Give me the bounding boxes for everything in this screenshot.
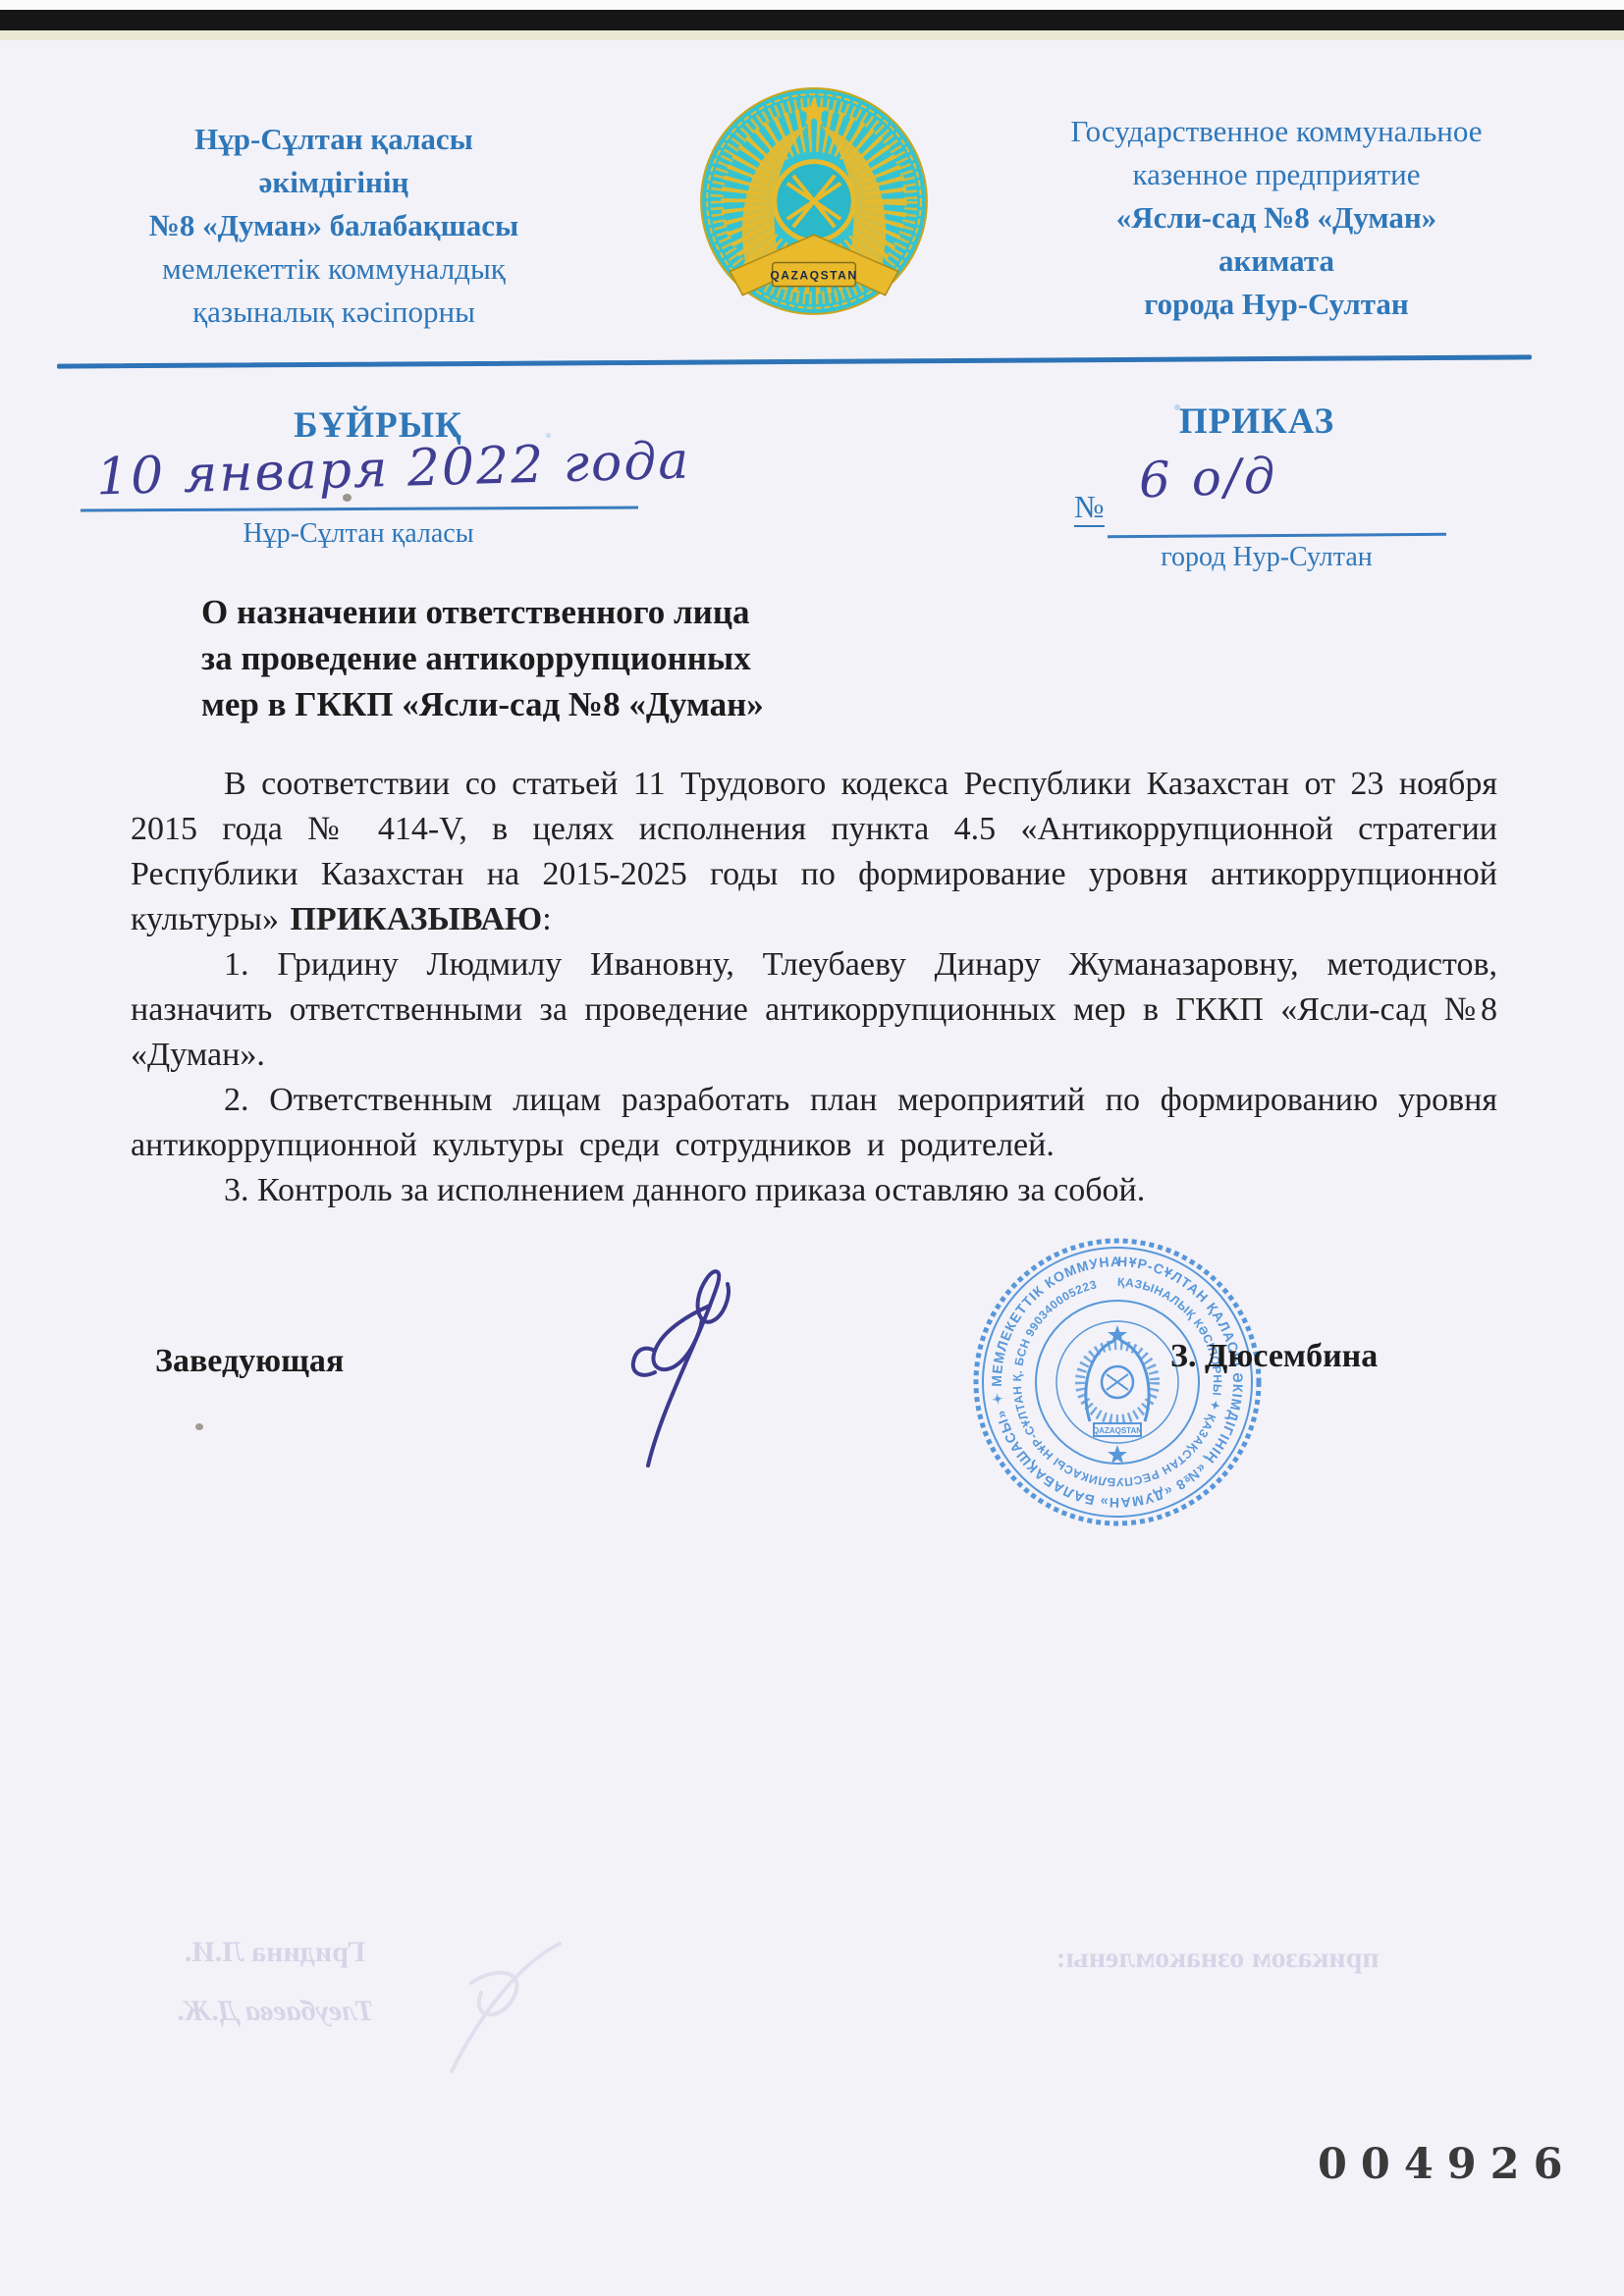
- place-caption-kazakh: Нұр-Сұлтан қаласы: [147, 518, 569, 550]
- emblem-caption: QAZAQSTAN: [770, 269, 857, 283]
- letterhead-kk-line: әкімдігінің: [79, 161, 589, 204]
- letterhead-ru-line: Государственное коммунальное: [977, 110, 1576, 153]
- signer-name: З. Дюсембина: [1170, 1338, 1378, 1375]
- scanner-edge-strip: [0, 10, 1624, 30]
- page-top-edge: [0, 30, 1624, 40]
- subject-line: за проведение антикоррупционных: [201, 635, 889, 681]
- place-caption-russian: город Нур-Султан: [1119, 542, 1414, 573]
- letterhead-russian: Государственное коммунальное казенное пр…: [977, 110, 1576, 326]
- date-underline: [81, 507, 638, 512]
- letterhead-kk-line: Нұр-Сұлтан қаласы: [79, 118, 589, 161]
- body-paragraph-item-1: 1. Гридину Людмилу Ивановну, Тлеубаеву Д…: [131, 942, 1497, 1078]
- kazakhstan-coat-of-arms-icon: QAZAQSTAN: [690, 80, 938, 328]
- scanned-order-document: Нұр-Сұлтан қаласы әкімдігінің №8 «Думан»…: [0, 0, 1624, 2296]
- scan-speck: [195, 1423, 203, 1430]
- bleedthrough-name-1: Гридина Л.И.: [128, 1936, 422, 1969]
- official-round-stamp: НҰР-СҰЛТАН ҚАЛАСЫ ӘКІМДІГІНІҢ «№8 «ДУМАН…: [970, 1235, 1265, 1529]
- handwritten-order-number: 6 о/д: [1138, 448, 1278, 509]
- order-verb: ПРИКАЗЫВАЮ: [290, 901, 542, 937]
- bleedthrough-signature-squiggle: [412, 1924, 589, 2081]
- letterhead-kk-line: қазыналық кәсіпорны: [79, 291, 589, 334]
- body-paragraph-preamble: В соответствии со статьей 11 Трудового к…: [131, 762, 1497, 942]
- bleedthrough-acknowledgement: приказом ознакомлены:: [1021, 1942, 1414, 1975]
- order-subject: О назначении ответственного лица за пров…: [201, 589, 889, 727]
- letterhead-kk-line: мемлекеттік коммуналдық: [79, 247, 589, 291]
- signer-position: Заведующая: [155, 1343, 344, 1380]
- subject-line: О назначении ответственного лица: [201, 589, 889, 635]
- scanner-margin: [0, 0, 1624, 10]
- scan-speck: [1174, 404, 1180, 410]
- body-paragraph-item-3: 3. Контроль за исполнением данного прика…: [131, 1168, 1497, 1213]
- subject-line: мер в ГККП «Ясли-сад №8 «Думан»: [201, 681, 889, 727]
- scan-speck: [343, 494, 352, 502]
- order-body: В соответствии со статьей 11 Трудового к…: [131, 762, 1497, 1213]
- handwritten-signature: [545, 1235, 790, 1490]
- letterhead-kazakh: Нұр-Сұлтан қаласы әкімдігінің №8 «Думан»…: [79, 118, 589, 334]
- letterhead-kk-line: №8 «Думан» балабақшасы: [79, 204, 589, 247]
- form-serial-number: 004926: [1318, 2140, 1577, 2189]
- scan-speck: [546, 433, 551, 438]
- order-title-russian: ПРИКАЗ: [1070, 400, 1443, 443]
- stamp-center-caption: QAZAQSTAN: [1093, 1426, 1142, 1435]
- order-number-label: №: [1074, 489, 1105, 527]
- letterhead-ru-line: казенное предприятие: [977, 153, 1576, 196]
- body-paragraph-item-2: 2. Ответственным лицам разработать план …: [131, 1078, 1497, 1168]
- number-underline: [1108, 533, 1446, 538]
- preamble-tail: :: [542, 901, 551, 937]
- bleedthrough-name-2: Тлеубаева Д.Ж.: [128, 1995, 422, 2028]
- header-divider-line: [57, 354, 1532, 368]
- letterhead-ru-line: «Ясли-сад №8 «Думан»: [977, 196, 1576, 240]
- letterhead-ru-line: города Нур-Султан: [977, 283, 1576, 326]
- letterhead-ru-line: акимата: [977, 240, 1576, 283]
